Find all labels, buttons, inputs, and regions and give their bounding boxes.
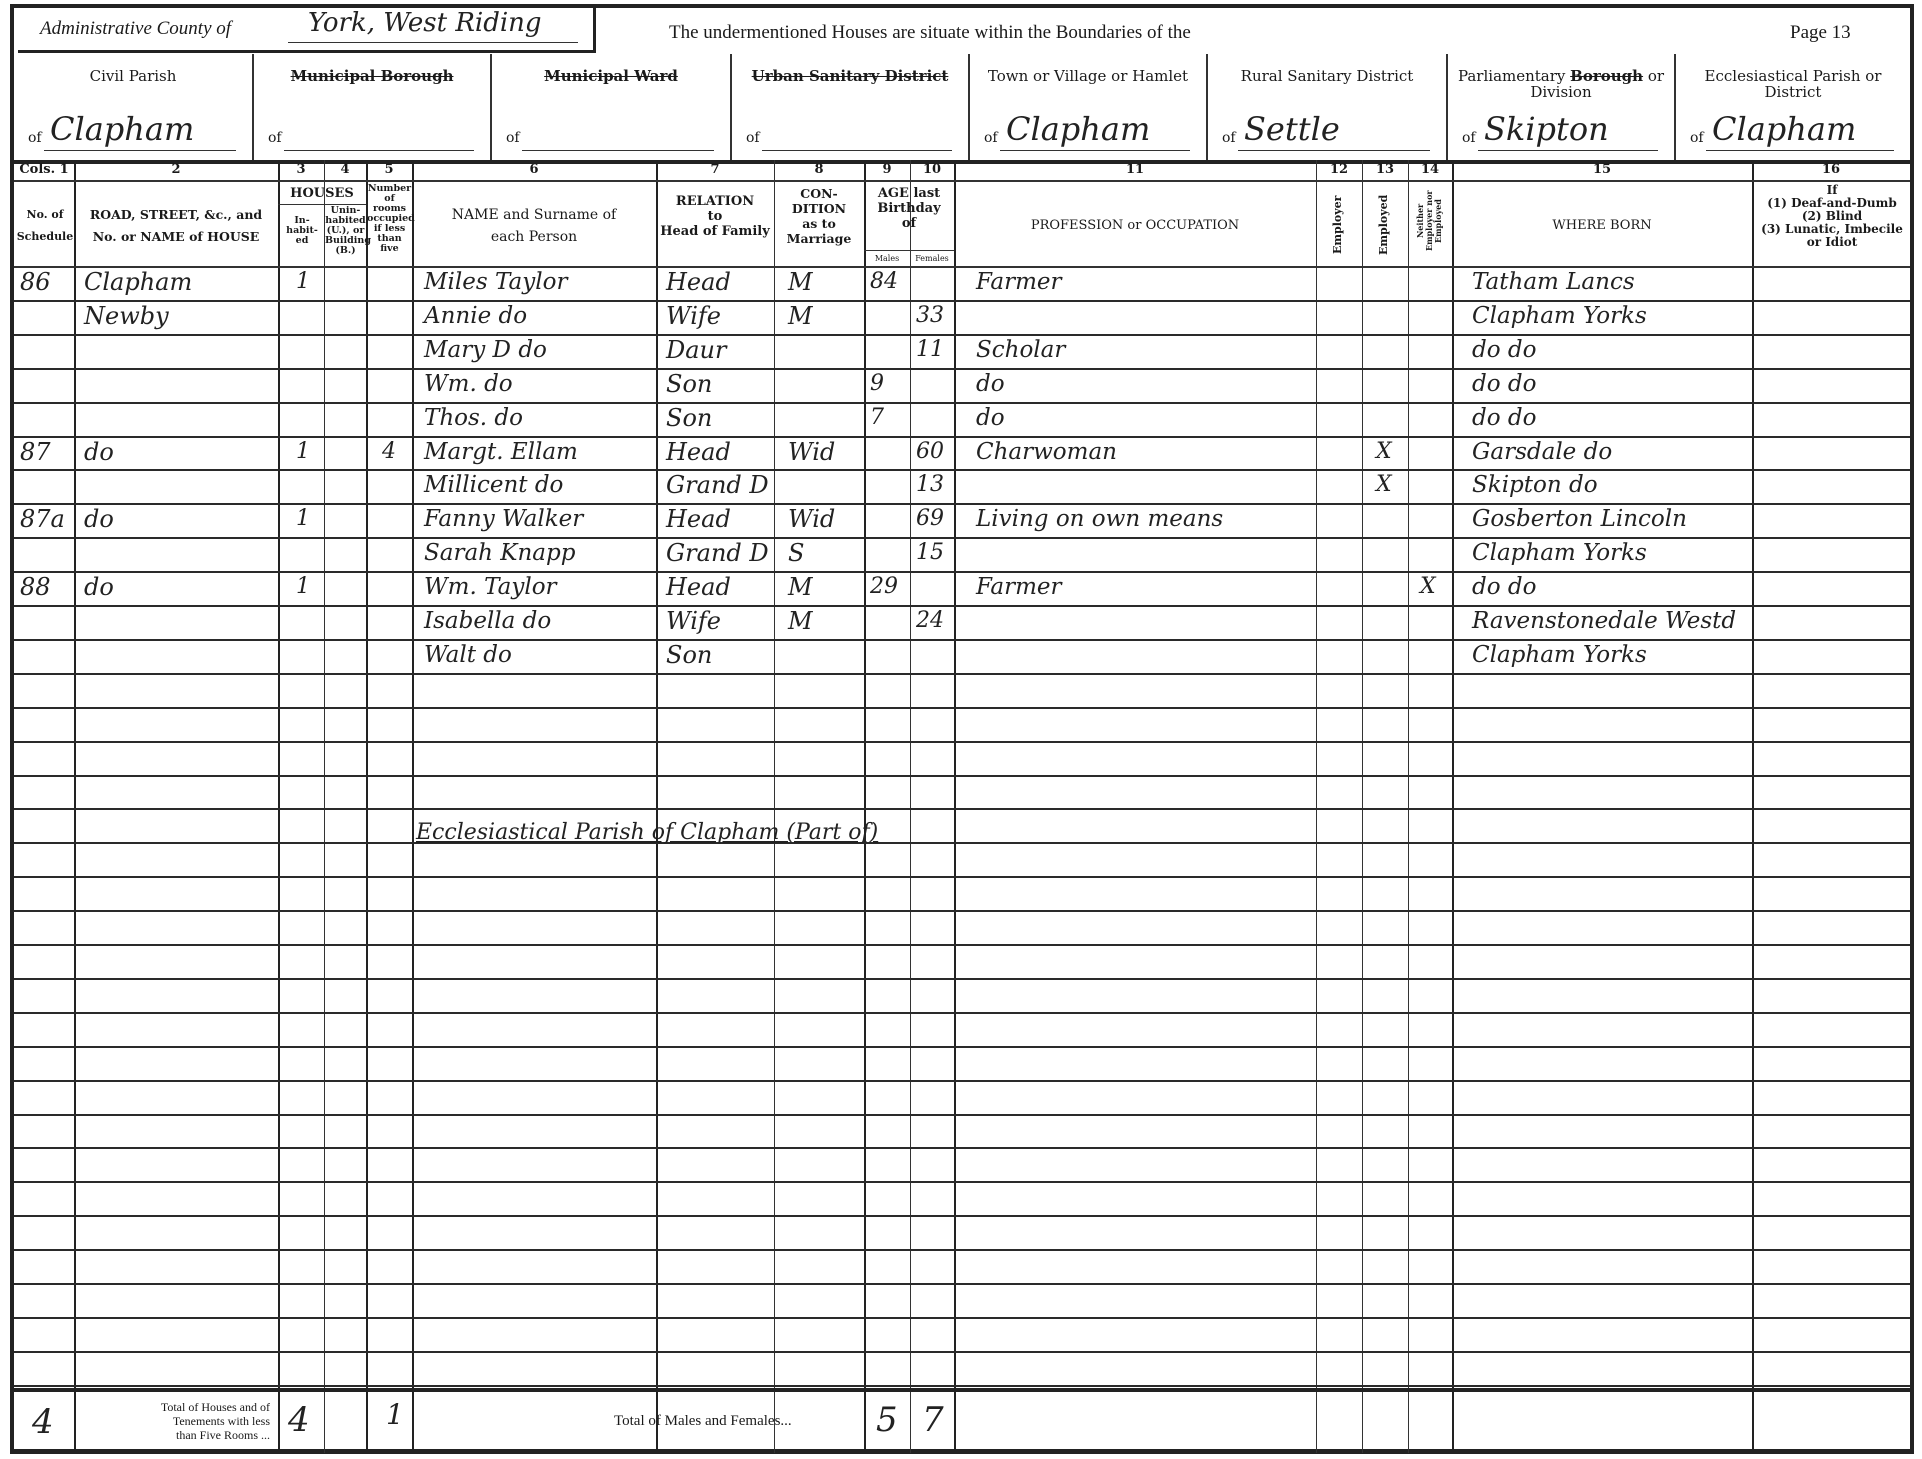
occupation: Scholar xyxy=(976,332,1065,368)
col-number: 10 xyxy=(910,162,954,177)
employed-mark: X xyxy=(1376,467,1392,503)
col-number: 4 xyxy=(324,162,366,177)
col-number: 6 xyxy=(412,162,656,177)
page-number: Page 13 xyxy=(1790,22,1851,44)
col-divider xyxy=(774,160,775,1453)
person-name: Isabella do xyxy=(424,603,551,639)
county-underline xyxy=(288,42,578,43)
col-divider xyxy=(1316,160,1317,1453)
of-label: of xyxy=(268,130,282,146)
row-rule xyxy=(14,1046,1910,1048)
area-municipal-borough: Municipal Borough of xyxy=(254,54,492,160)
census-table: Cols. 1 2 3 4 5 6 7 8 9 10 11 12 13 14 1… xyxy=(14,160,1910,1453)
schedule-number: 86 xyxy=(20,264,51,300)
area-value: Settle xyxy=(1244,110,1340,148)
total-females: 7 xyxy=(922,1400,944,1440)
total-inhabited: 4 xyxy=(288,1400,310,1440)
marital-condition: M xyxy=(788,569,813,605)
row-rule xyxy=(14,469,1910,471)
row-rule xyxy=(14,842,1910,844)
header-rooms: Number of rooms occupied if less than fi… xyxy=(367,184,412,254)
row-rule xyxy=(14,978,1910,980)
age-female: 24 xyxy=(916,603,944,639)
header-inhabited: In-habit-ed xyxy=(280,216,324,246)
header-uninhabited: Unin-habited (U.), or Building (B.) xyxy=(325,206,366,256)
col-divider xyxy=(412,160,414,1453)
area-value: Clapham xyxy=(1712,110,1856,148)
header-houses: HOUSES xyxy=(278,186,366,205)
census-page: Administrative County of York, West Ridi… xyxy=(10,4,1914,1454)
area-town-village-hamlet: Town or Village or Hamlet of Clapham xyxy=(970,54,1208,160)
col-divider xyxy=(656,160,658,1453)
col-divider xyxy=(1362,160,1363,1453)
row-rule xyxy=(14,775,1910,777)
relation: Grand D xyxy=(666,467,769,503)
row-rule xyxy=(14,402,1910,404)
header-name: NAME and Surname ofeach Person xyxy=(412,204,656,248)
col-number: 13 xyxy=(1362,162,1408,177)
area-parliamentary-division: Parliamentary Borough orDivision of Skip… xyxy=(1448,54,1676,160)
col-divider xyxy=(366,160,368,1453)
road-name: Newby xyxy=(84,298,169,334)
road-name: do xyxy=(84,434,114,470)
of-label: of xyxy=(984,130,998,146)
relation: Son xyxy=(666,400,712,436)
relation: Son xyxy=(666,637,712,673)
area-row: Civil Parish of Clapham Municipal Boroug… xyxy=(14,54,1910,164)
age-female: 69 xyxy=(916,501,944,537)
road-name: do xyxy=(84,501,114,537)
marital-condition: S xyxy=(788,535,804,571)
inhabited-count: 1 xyxy=(296,264,310,300)
row-rule xyxy=(14,876,1910,878)
area-underline xyxy=(44,150,236,151)
col-number: 14 xyxy=(1408,162,1452,177)
col-divider xyxy=(278,160,280,1453)
age-male: 84 xyxy=(870,264,898,300)
of-label: of xyxy=(1222,130,1236,146)
county-label: Administrative County of xyxy=(40,18,231,40)
row-rule xyxy=(14,1249,1910,1251)
birthplace: do do xyxy=(1472,400,1536,436)
row-rule xyxy=(14,808,1910,810)
area-value: Clapham xyxy=(1006,110,1150,148)
total-persons-label: Total of Males and Females... xyxy=(614,1414,792,1428)
age-female: 33 xyxy=(916,298,944,334)
row-rule xyxy=(14,1147,1910,1149)
area-value: Clapham xyxy=(50,110,194,148)
col-number: 12 xyxy=(1316,162,1362,177)
area-title: Ecclesiastical Parish orDistrict xyxy=(1676,68,1910,100)
area-title: Rural Sanitary District xyxy=(1208,68,1446,84)
marital-condition: Wid xyxy=(788,501,835,537)
birthplace: Skipton do xyxy=(1472,467,1598,503)
row-rule xyxy=(14,1385,1910,1387)
area-title: Municipal Borough xyxy=(254,68,490,84)
col-number: 7 xyxy=(656,162,774,177)
total-schedules: 4 xyxy=(32,1402,54,1442)
header-employed: Employed xyxy=(1376,190,1391,260)
of-label: of xyxy=(506,130,520,146)
area-underline xyxy=(1000,150,1190,151)
of-label: of xyxy=(1462,130,1476,146)
relation: Daur xyxy=(666,332,726,368)
area-municipal-ward: Municipal Ward of xyxy=(492,54,732,160)
col-number: 8 xyxy=(774,162,864,177)
area-urban-sanitary-district: Urban Sanitary District of xyxy=(732,54,970,160)
person-name: Thos. do xyxy=(424,400,523,436)
header-relation: RELATIONtoHead of Family xyxy=(656,194,774,239)
employed-mark: X xyxy=(1376,434,1392,470)
ecclesiastical-annotation: Ecclesiastical Parish of Clapham (Part o… xyxy=(416,820,878,845)
person-name: Sarah Knapp xyxy=(424,535,575,571)
county-value: York, West Riding xyxy=(308,8,542,38)
administrative-county-box: Administrative County of York, West Ridi… xyxy=(18,8,596,53)
of-label: of xyxy=(28,130,42,146)
occupation: Living on own means xyxy=(976,501,1223,537)
area-title: Civil Parish xyxy=(14,68,252,84)
birthplace: do do xyxy=(1472,332,1536,368)
person-name: Mary D do xyxy=(424,332,547,368)
header-infirmity: If(1) Deaf-and-Dumb(2) Blind(3) Lunatic,… xyxy=(1754,184,1910,249)
birthplace: do do xyxy=(1472,366,1536,402)
area-underline xyxy=(1706,150,1894,151)
person-name: Walt do xyxy=(424,637,512,673)
area-underline xyxy=(1478,150,1658,151)
total-rooms: 1 xyxy=(386,1398,404,1431)
inhabited-count: 1 xyxy=(296,569,310,605)
person-name: Miles Taylor xyxy=(424,264,567,300)
column-number-row: Cols. 1 2 3 4 5 6 7 8 9 10 11 12 13 14 1… xyxy=(14,160,1910,182)
relation: Head xyxy=(666,434,731,470)
birthplace: Ravenstonedale Westd xyxy=(1472,603,1736,639)
age-female: 15 xyxy=(916,535,944,571)
schedule-number: 88 xyxy=(20,569,51,605)
inhabited-count: 1 xyxy=(296,434,310,470)
row-rule xyxy=(14,673,1910,675)
row-rule xyxy=(14,1215,1910,1217)
of-label: of xyxy=(1690,130,1704,146)
totals-row: 4 Total of Houses and ofTenements with l… xyxy=(14,1388,1910,1454)
header-occupation: PROFESSION or OCCUPATION xyxy=(954,218,1316,233)
boundary-statement: The undermentioned Houses are situate wi… xyxy=(669,22,1191,44)
total-houses-label: Total of Houses and ofTenements with les… xyxy=(80,1400,270,1442)
birthplace: Tatham Lancs xyxy=(1472,264,1635,300)
col-divider xyxy=(1452,160,1454,1453)
age-female: 60 xyxy=(916,434,944,470)
total-males: 5 xyxy=(876,1400,898,1440)
relation: Grand D xyxy=(666,535,769,571)
birthplace: do do xyxy=(1472,569,1536,605)
marital-condition: M xyxy=(788,298,813,334)
person-name: Annie do xyxy=(424,298,527,334)
relation: Son xyxy=(666,366,712,402)
occupation: do xyxy=(976,366,1005,402)
age-female: 11 xyxy=(916,332,944,368)
area-title: Parliamentary Borough orDivision xyxy=(1448,68,1674,100)
col-number: 2 xyxy=(74,162,278,177)
road-name: Clapham xyxy=(84,264,192,300)
area-ecclesiastical-parish: Ecclesiastical Parish orDistrict of Clap… xyxy=(1676,54,1910,160)
col-divider xyxy=(1752,160,1754,1453)
birthplace: Clapham Yorks xyxy=(1472,298,1647,334)
age-female: 13 xyxy=(916,467,944,503)
marital-condition: Wid xyxy=(788,434,835,470)
row-rule xyxy=(14,707,1910,709)
row-rule xyxy=(14,944,1910,946)
header-road: ROAD, STREET, &c., andNo. or NAME of HOU… xyxy=(74,204,278,248)
row-rule xyxy=(14,368,1910,370)
col-number: 11 xyxy=(954,162,1316,177)
row-rule xyxy=(14,741,1910,743)
relation: Head xyxy=(666,569,731,605)
relation: Wife xyxy=(666,603,721,639)
person-name: Fanny Walker xyxy=(424,501,583,537)
marital-condition: M xyxy=(788,603,813,639)
area-title: Town or Village or Hamlet xyxy=(970,68,1206,84)
col-divider xyxy=(74,160,76,1453)
relation: Head xyxy=(666,264,731,300)
person-name: Margt. Ellam xyxy=(424,434,578,470)
col-divider xyxy=(910,160,911,1453)
birthplace: Clapham Yorks xyxy=(1472,535,1647,571)
col-divider xyxy=(324,160,325,1453)
header-males: Males xyxy=(864,254,910,264)
person-name: Wm. do xyxy=(424,366,513,402)
col-number: 3 xyxy=(278,162,324,177)
of-label: of xyxy=(746,130,760,146)
area-underline xyxy=(1238,150,1430,151)
row-rule xyxy=(14,1012,1910,1014)
neither-mark: X xyxy=(1420,569,1436,605)
occupation: do xyxy=(976,400,1005,436)
birthplace: Garsdale do xyxy=(1472,434,1612,470)
row-rule xyxy=(14,1181,1910,1183)
col-number: 9 xyxy=(864,162,910,177)
row-rule xyxy=(14,1317,1910,1319)
area-rural-sanitary-district: Rural Sanitary District of Settle xyxy=(1208,54,1448,160)
area-underline xyxy=(284,150,474,151)
area-value: Skipton xyxy=(1484,110,1609,148)
header-where-born: WHERE BORN xyxy=(1452,218,1752,233)
marital-condition: M xyxy=(788,264,813,300)
col-divider xyxy=(954,160,956,1453)
row-rule xyxy=(14,1351,1910,1353)
row-rule xyxy=(14,1283,1910,1285)
col-number: Cols. 1 xyxy=(14,162,74,177)
col-number: 5 xyxy=(366,162,412,177)
relation: Wife xyxy=(666,298,721,334)
header-females: Females xyxy=(910,254,954,264)
col-number: 16 xyxy=(1752,162,1910,177)
person-name: Wm. Taylor xyxy=(424,569,557,605)
row-rule xyxy=(14,1080,1910,1082)
rooms-count: 4 xyxy=(382,434,396,470)
occupation: Farmer xyxy=(976,264,1062,300)
row-rule xyxy=(14,1114,1910,1116)
age-divider xyxy=(864,250,954,251)
schedule-number: 87a xyxy=(20,501,65,537)
header-age: AGE lastBirthdayof xyxy=(864,186,954,231)
birthplace: Clapham Yorks xyxy=(1472,637,1647,673)
area-civil-parish: Civil Parish of Clapham xyxy=(14,54,254,160)
row-rule xyxy=(14,334,1910,336)
area-title: Municipal Ward xyxy=(492,68,730,84)
schedule-number: 87 xyxy=(20,434,51,470)
age-male: 7 xyxy=(870,400,884,436)
age-male: 29 xyxy=(870,569,898,605)
header-neither: Neither Employer nor Employed xyxy=(1416,184,1444,258)
inhabited-count: 1 xyxy=(296,501,310,537)
header-condition: CON-DITIONas toMarriage xyxy=(774,186,864,246)
header-schedule: No. of Schedule xyxy=(16,204,74,248)
road-name: do xyxy=(84,569,114,605)
col-divider xyxy=(864,160,866,1453)
age-male: 9 xyxy=(870,366,884,402)
occupation: Charwoman xyxy=(976,434,1117,470)
area-title: Urban Sanitary District xyxy=(732,68,968,84)
area-underline xyxy=(762,150,952,151)
header-employer: Employer xyxy=(1330,190,1345,260)
col-divider xyxy=(1408,160,1409,1453)
area-underline xyxy=(522,150,714,151)
person-name: Millicent do xyxy=(424,467,563,503)
birthplace: Gosberton Lincoln xyxy=(1472,501,1687,537)
occupation: Farmer xyxy=(976,569,1062,605)
row-rule xyxy=(14,910,1910,912)
col-number: 15 xyxy=(1452,162,1752,177)
relation: Head xyxy=(666,501,731,537)
